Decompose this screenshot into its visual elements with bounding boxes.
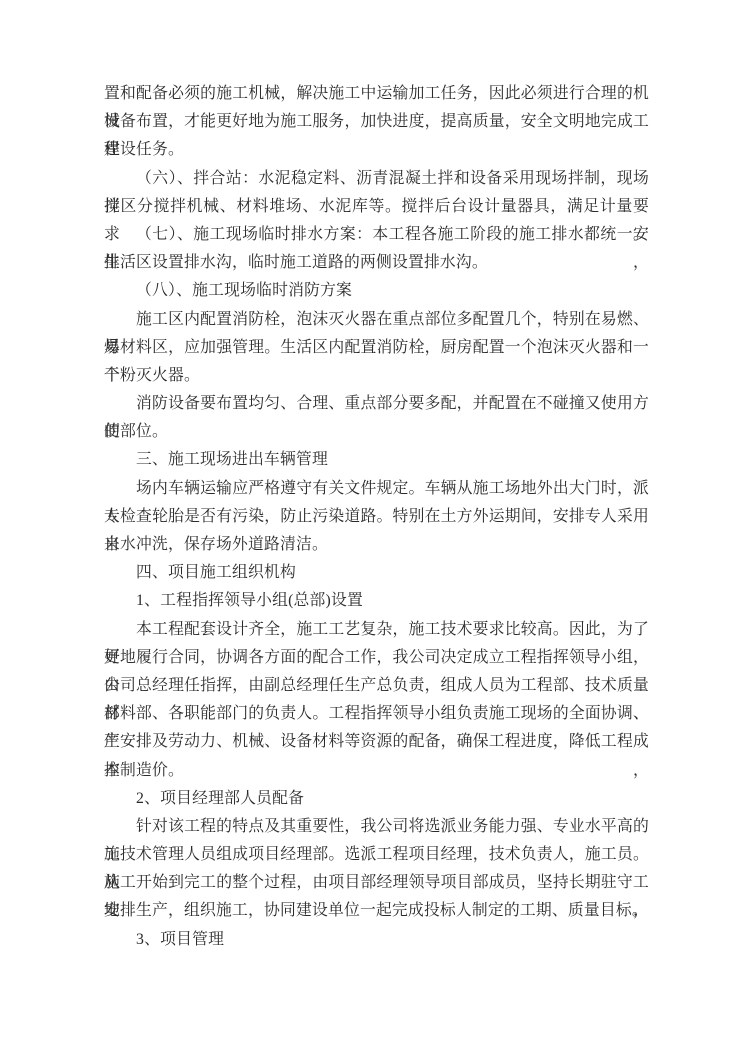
- text-line: （八）、施工现场临时消防方案: [104, 277, 649, 305]
- text-line: 拌区分搅拌机械、材料堆场、水泥库等。搅拌后台设计量器具，满足计量要求。: [104, 193, 649, 221]
- text-line: 1、工程指挥领导小组(总部)设置: [104, 587, 649, 615]
- text-line: 产安排及劳动力、机械、设备材料等资源的配备，确保工程进度，降低工程成本，: [104, 728, 649, 756]
- text-line: 三、施工现场进出车辆管理: [104, 446, 649, 474]
- text-line: 材料部、各职能部门的负责人。工程指挥领导小组负责施工现场的全面协调、生: [104, 700, 649, 728]
- text-line: 干粉灭火器。: [104, 362, 649, 390]
- text-line: 人检查轮胎是否有污染，防止污染道路。特别在土方外运期间，安排专人采用自: [104, 503, 649, 531]
- text-line: 设备布置，才能更好地为施工服务，加快进度，提高质量，安全文明地完成工程: [104, 108, 649, 136]
- text-line: 2、项目经理部人员配备: [104, 785, 649, 813]
- text-line: 来水冲洗，保存场外道路清洁。: [104, 531, 649, 559]
- text-line: 3、项目管理: [104, 926, 649, 954]
- document-page: 置和配备必须的施工机械，解决施工中运输加工任务，因此必须进行合理的机械设备布置，…: [0, 0, 744, 1052]
- text-line: 工技术管理人员组成项目经理部。选派工程项目经理，技术负责人，施工员。从: [104, 841, 649, 869]
- text-line: 的部位。: [104, 418, 649, 446]
- page-body: 置和配备必须的施工机械，解决施工中运输加工任务，因此必须进行合理的机械设备布置，…: [104, 80, 649, 954]
- text-line: 场内车辆运输应严格遵守有关文件规定。车辆从施工场地外出大门时，派专: [104, 475, 649, 503]
- text-line: 公司总经理任指挥，由副总经理任生产总负责，组成人员为工程部、技术质量部、: [104, 672, 649, 700]
- text-line: （七）、施工现场临时排水方案：本工程各施工阶段的施工排水都统一安排，: [104, 221, 649, 249]
- text-line: （六）、拌合站：水泥稳定料、沥青混凝土拌和设备采用现场拌制，现场搅: [104, 165, 649, 193]
- text-line: 消防设备要布置均匀、合理、重点部分要多配，并配置在不碰撞又使用方便: [104, 390, 649, 418]
- text-line: 安排生产，组织施工，协同建设单位一起完成投标人制定的工期、质量目标。: [104, 897, 649, 925]
- text-line: 好地履行合同，协调各方面的配合工作，我公司决定成立工程指挥领导小组，由: [104, 644, 649, 672]
- text-line: 建设任务。: [104, 136, 649, 164]
- text-line: 本工程配套设计齐全，施工工艺复杂，施工技术要求比较高。因此，为了更: [104, 616, 649, 644]
- text-line: 针对该工程的特点及其重要性，我公司将选派业务能力强、专业水平高的施: [104, 813, 649, 841]
- text-line: 置和配备必须的施工机械，解决施工中运输加工任务，因此必须进行合理的机械: [104, 80, 649, 108]
- text-line: 爆材料区，应加强管理。生活区内配置消防栓，厨房配置一个泡沫灭火器和一个: [104, 334, 649, 362]
- text-line: 四、项目施工组织机构: [104, 559, 649, 587]
- text-line: 施工区内配置消防栓，泡沫灭火器在重点部位多配置几个，特别在易燃、易: [104, 306, 649, 334]
- text-line: 施工开始到完工的整个过程，由项目部经理领导项目部成员，坚持长期驻守工地，: [104, 869, 649, 897]
